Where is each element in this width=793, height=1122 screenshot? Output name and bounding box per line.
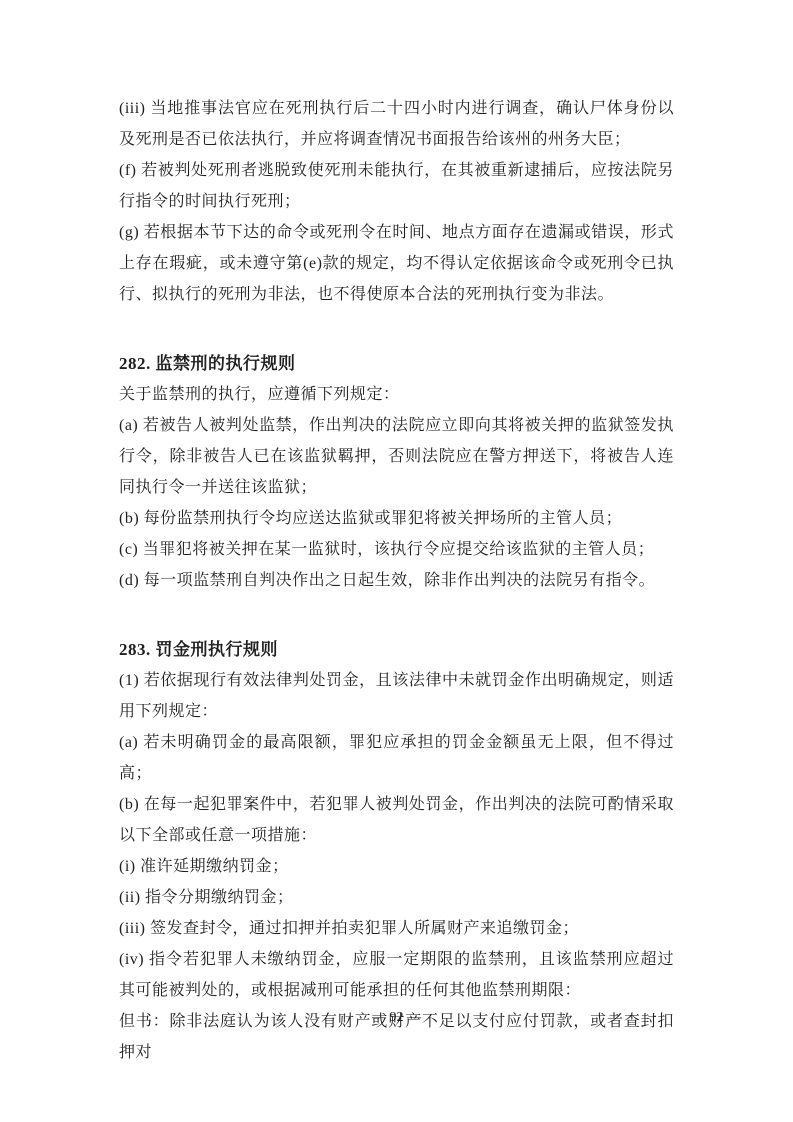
page-number: — 92 —: [0, 1008, 793, 1028]
body-paragraph: (iii) 签发查封令，通过扣押并拍卖犯罪人所属财产来追缴罚金；: [119, 913, 674, 944]
body-paragraph: (b) 在每一起犯罪案件中，若犯罪人被判处罚金，作出判决的法院可酌情采取以下全部…: [119, 789, 674, 851]
section-heading: 283. 罚金刑执行规则: [119, 634, 674, 665]
body-paragraph: (a) 若未明确罚金的最高限额，罪犯应承担的罚金金额虽无上限，但不得过高；: [119, 727, 674, 789]
document-body: (iii) 当地推事法官应在死刑执行后二十四小时内进行调查，确认尸体身份以及死刑…: [119, 93, 674, 1068]
body-paragraph: (a) 若被告人被判处监禁，作出判决的法院应立即向其将被关押的监狱签发执行令，除…: [119, 410, 674, 503]
body-paragraph: 关于监禁刑的执行，应遵循下列规定：: [119, 379, 674, 410]
body-paragraph: (b) 每份监禁刑执行令均应送达监狱或罪犯将被关押场所的主管人员；: [119, 503, 674, 534]
body-paragraph: (i) 准许延期缴纳罚金；: [119, 851, 674, 882]
body-paragraph: (c) 当罪犯将被关押在某一监狱时，该执行令应提交给该监狱的主管人员；: [119, 534, 674, 565]
body-paragraph: (iii) 当地推事法官应在死刑执行后二十四小时内进行调查，确认尸体身份以及死刑…: [119, 93, 674, 155]
body-paragraph: (g) 若根据本节下达的命令或死刑令在时间、地点方面存在遗漏或错误，形式上存在瑕…: [119, 217, 674, 310]
body-paragraph: (iv) 指令若犯罪人未缴纳罚金，应服一定期限的监禁刑，且该监禁刑应超过其可能被…: [119, 944, 674, 1006]
section-heading: 282. 监禁刑的执行规则: [119, 348, 674, 379]
body-paragraph: (ii) 指令分期缴纳罚金；: [119, 882, 674, 913]
body-paragraph: (d) 每一项监禁刑自判决作出之日起生效，除非作出判决的法院另有指令。: [119, 565, 674, 596]
body-paragraph: (f) 若被判处死刑者逃脱致使死刑未能执行，在其被重新逮捕后，应按法院另行指令的…: [119, 155, 674, 217]
body-paragraph: (1) 若依据现行有效法律判处罚金，且该法律中未就罚金作出明确规定，则适用下列规…: [119, 665, 674, 727]
document-page: (iii) 当地推事法官应在死刑执行后二十四小时内进行调查，确认尸体身份以及死刑…: [0, 0, 793, 1122]
